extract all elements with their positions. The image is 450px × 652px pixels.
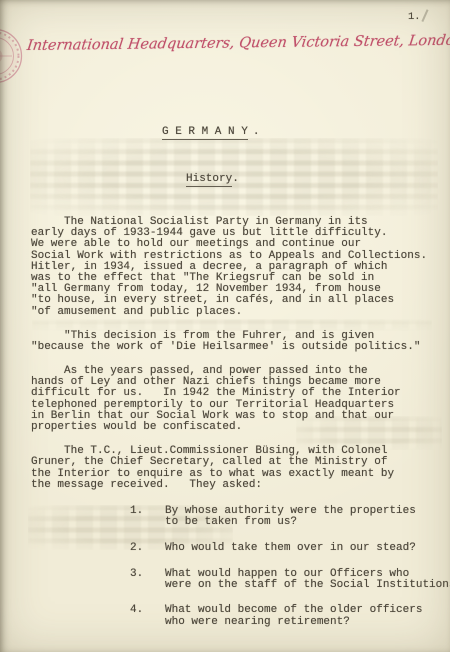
section-heading: History.	[186, 173, 239, 185]
document-title-period: .	[253, 126, 260, 138]
document-title-text: G E R M A N Y	[162, 126, 248, 140]
scan-scratch-mark	[421, 9, 428, 21]
typed-line: Who would take them over in our stead?	[165, 543, 416, 554]
typed-line: "to house, in every street, in cafés, an…	[31, 295, 441, 306]
question-text: What would happen to our Officers whower…	[165, 569, 450, 591]
typed-line: were on the staff of the Social Institut…	[165, 580, 450, 591]
letterhead-script-text: International Headquarters, Queen Victor…	[26, 31, 447, 56]
typed-line: "of amusement and public places.	[31, 307, 441, 318]
typed-line: the message received. They asked:	[31, 480, 441, 491]
section-heading-period: .	[232, 173, 239, 185]
salvation-army-crest-icon	[0, 27, 24, 85]
typed-line: We were able to hold our meetings and co…	[31, 239, 441, 250]
typed-line: What would become of the older officers	[165, 605, 422, 616]
question-text: What would become of the older officersw…	[165, 605, 422, 627]
typed-line: who were nearing retirement?	[165, 617, 422, 628]
typed-line: to be taken from us?	[165, 517, 416, 528]
paragraph: The T.C., Lieut.Commissioner Büsing, wit…	[31, 446, 441, 491]
question-text: By whose authority were the propertiesto…	[165, 506, 416, 528]
typed-line: properties would be confiscated.	[31, 422, 441, 433]
section-heading-text: History	[186, 173, 232, 187]
question-text: Who would take them over in our stead?	[165, 543, 416, 554]
typed-line: "because the work of 'Die Heilsarmee' is…	[31, 342, 441, 353]
question-item: 4.What would become of the older officer…	[31, 605, 441, 627]
question-list: 1.By whose authority were the properties…	[31, 506, 441, 642]
typed-line: difficult for us. In 1942 the Ministry o…	[31, 388, 441, 399]
document-title: G E R M A N Y.	[162, 126, 259, 138]
question-item: 3.What would happen to our Officers whow…	[31, 569, 441, 591]
question-number: 1.	[130, 506, 165, 528]
question-number: 3.	[130, 569, 165, 591]
typed-line: Gruner, the Chief Secretary, called at t…	[31, 457, 441, 468]
question-number: 4.	[130, 605, 165, 627]
question-item: 2.Who would take them over in our stead?	[31, 543, 441, 554]
paragraph: The National Socialist Party in Germany …	[31, 217, 441, 318]
paragraph: As the years passed, and power passed in…	[31, 366, 441, 433]
paragraph: "This decision is from the Fuhrer, and i…	[31, 331, 441, 353]
body-text: The National Socialist Party in Germany …	[31, 217, 441, 504]
question-item: 1.By whose authority were the properties…	[31, 506, 441, 528]
question-number: 2.	[130, 543, 165, 554]
page-number: 1.	[408, 11, 421, 23]
scanned-letter-page: International Headquarters, Queen Victor…	[0, 0, 450, 652]
